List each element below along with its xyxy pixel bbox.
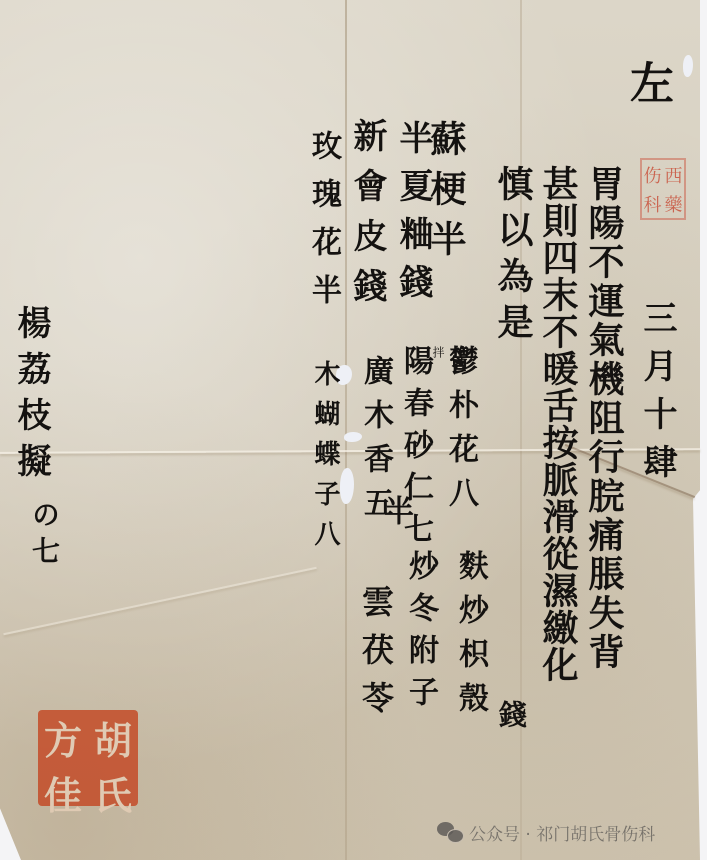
seal-char: 伤: [644, 162, 662, 188]
seal-char: 科: [644, 191, 662, 217]
header-mark: 左: [625, 60, 669, 110]
watermark: 公众号 · 祁门胡氏骨伤科: [437, 820, 655, 844]
dose-ban: 半: [380, 495, 410, 531]
herb-yupuhua: 鬱朴花八: [445, 345, 475, 521]
herb-fuzi: 炒冬附子: [405, 550, 435, 718]
seal-top-right: 西 藥 伤 科: [640, 158, 686, 220]
signature: 楊荔枝擬: [14, 305, 48, 489]
herb-banxiaqu: 半夏粬錢: [396, 120, 430, 312]
watermark-text: 公众号 · 祁门胡氏骨伤科: [469, 820, 655, 845]
herb-meiguihua: 玫瑰花半: [308, 130, 338, 322]
signature-suffix: の七: [30, 500, 58, 572]
herb-chenpi: 新會皮錢: [350, 118, 384, 318]
seal-char: 方: [44, 710, 82, 765]
seal-char: 西: [665, 162, 683, 188]
seal-char: 氏: [94, 765, 132, 820]
date: 三月十肆: [640, 300, 674, 492]
diagnosis-line-3: 慎以為是: [495, 165, 531, 349]
dose-qian: 錢: [497, 700, 525, 734]
document-photo: 左 西 藥 伤 科 三月十肆 胃陽不運氣機阻行脘痛脹失背 甚則四末不暖舌按脈滑從…: [0, 0, 707, 860]
herb-sugeng: 蘇梗半: [428, 120, 464, 270]
diagnosis-line-1: 胃陽不運氣機阻行脘痛脹失背: [586, 165, 622, 672]
diagnosis-line-2: 甚則四末不暖舌按脈滑從濕繳化: [540, 165, 576, 683]
seal-char: 藥: [665, 191, 683, 217]
herb-fuling: 雲茯苓: [360, 585, 392, 729]
wechat-icon: [437, 822, 463, 842]
seal-char: 胡: [94, 710, 132, 765]
seal-bottom-left: 胡 氏 方 佳: [38, 710, 138, 806]
herb-zhike: 麩炒枳殼: [455, 550, 485, 726]
herb-muhudie: 木蝴蝶子八: [312, 360, 338, 560]
seal-char: 佳: [44, 765, 82, 820]
